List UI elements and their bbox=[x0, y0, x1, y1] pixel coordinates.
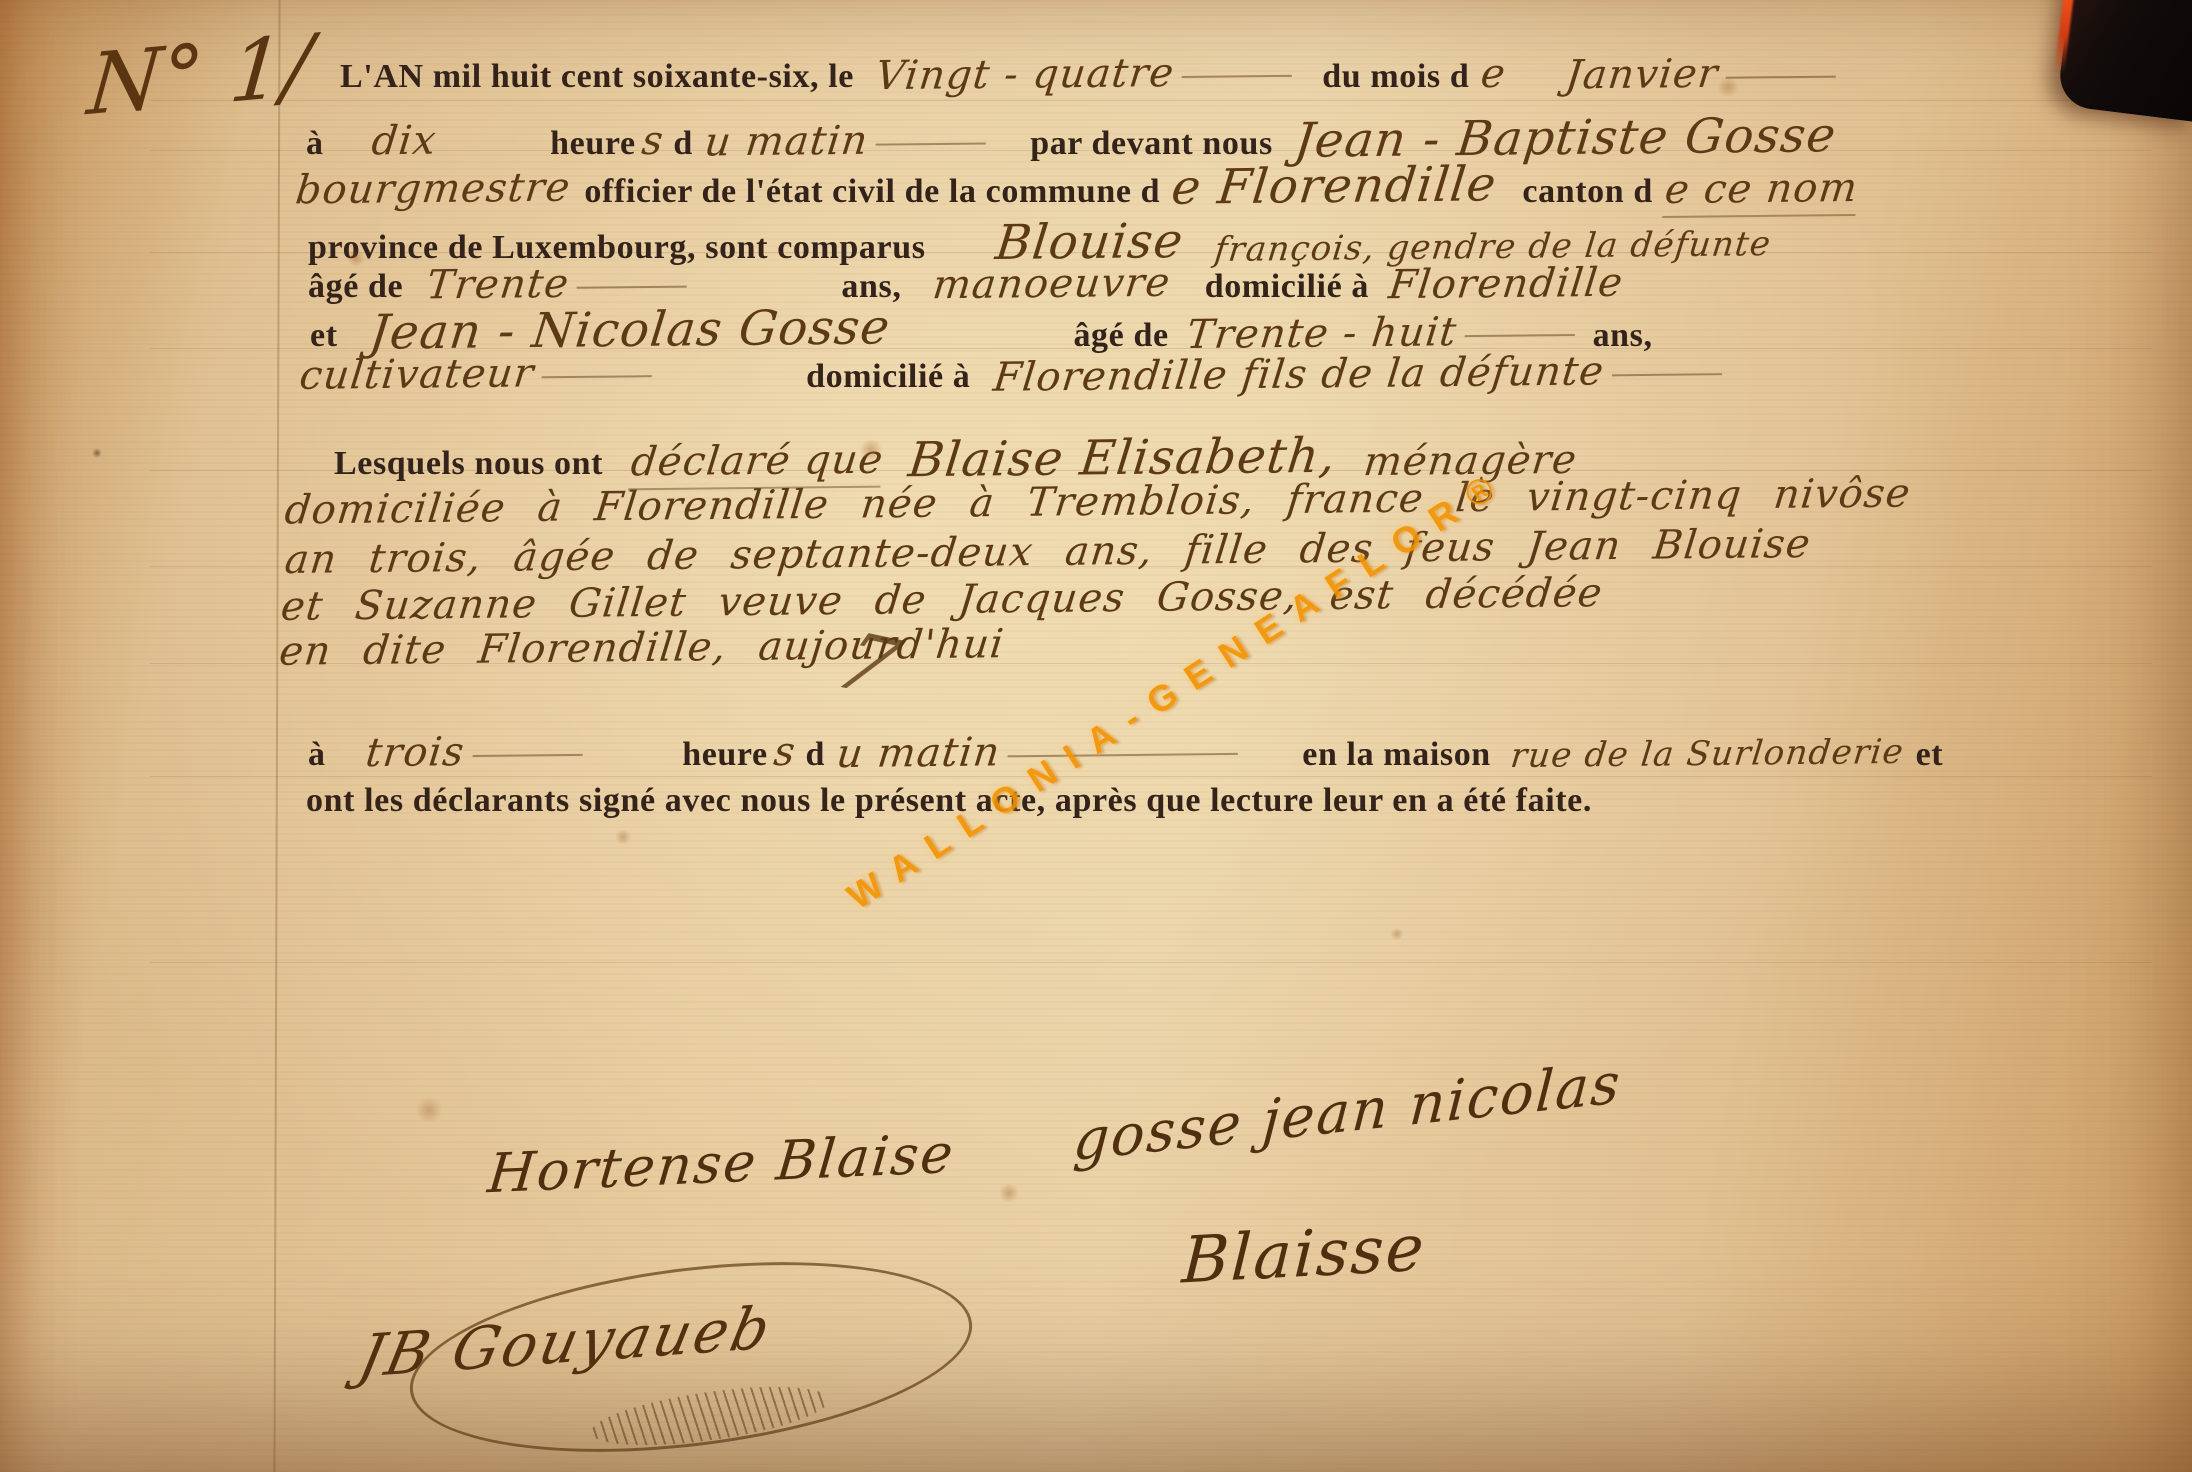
stain bbox=[414, 1098, 444, 1122]
handwritten-entry: manoeuvre bbox=[931, 261, 1174, 308]
printed-text: à bbox=[308, 736, 326, 773]
printed-text: âgé de bbox=[1073, 317, 1168, 354]
ruled-line bbox=[150, 100, 2152, 101]
handwritten-entry: Florendille fils de la défunte bbox=[991, 348, 1725, 400]
scanner-clip bbox=[2056, 0, 2192, 122]
act-line: domiciliée à Florendille née à Tremblois… bbox=[286, 480, 1910, 525]
printed-text: Lesquels nous ont bbox=[334, 445, 603, 482]
printed-text: domicilié à bbox=[806, 358, 970, 395]
ruled-line bbox=[150, 962, 2152, 963]
stain bbox=[614, 830, 632, 844]
printed-text: par devant nous bbox=[1030, 125, 1273, 162]
act-line: L'AN mil huit cent soixante-six, le Ving… bbox=[340, 52, 1836, 97]
printed-text: et bbox=[310, 317, 338, 354]
signature-officer-flourish: JB Gouyaueb bbox=[290, 1250, 990, 1470]
printed-text: officier de l'état civil de la commune d bbox=[584, 173, 1160, 210]
act-line: et Suzanne Gillet veuve de Jacques Gosse… bbox=[282, 578, 1602, 623]
printed-text: en la maison bbox=[1302, 736, 1491, 773]
printed-text: du mois d bbox=[1322, 58, 1469, 95]
printed-text: âgé de bbox=[308, 268, 403, 305]
act-line: cultivateur domicilié à Florendille fils… bbox=[300, 352, 1722, 397]
printed-text: canton d bbox=[1522, 173, 1652, 210]
handwritten-entry: Janvier bbox=[1564, 51, 1840, 99]
act-line: âgé de Trente ans, manoeuvre domicilié à… bbox=[308, 262, 1623, 307]
printed-text: heure bbox=[550, 125, 635, 162]
handwritten-entry: bourgmestre bbox=[293, 166, 573, 214]
printed-text: d bbox=[673, 125, 693, 162]
act-line: ont les déclarants signé avec nous le pr… bbox=[306, 782, 1592, 820]
printed-text: L'AN mil huit cent soixante-six, le bbox=[340, 58, 854, 95]
stain bbox=[92, 448, 102, 458]
handwritten-entry: cultivateur bbox=[297, 350, 655, 398]
signature-declarant-blaisse: Blaisse bbox=[1180, 1211, 1427, 1298]
act-line: an trois, âgée de septante-deux ans, fil… bbox=[286, 530, 1810, 575]
handwritten-entry: rue de la Surlonderie bbox=[1508, 733, 1906, 775]
printed-text: ont les déclarants signé avec nous le pr… bbox=[306, 782, 1592, 819]
stain bbox=[1390, 928, 1404, 940]
handwritten-entry: e bbox=[1479, 52, 1509, 97]
stain bbox=[998, 1184, 1020, 1202]
handwritten-entry: u matin bbox=[702, 118, 989, 166]
handwritten-entry: e Florendille bbox=[1169, 158, 1500, 215]
act-line: à dix heure s d u matin par devant nous … bbox=[306, 112, 1836, 166]
printed-text: d bbox=[805, 736, 825, 773]
death-record-page: N° 1/ L'AN mil huit cent soixante-six, l… bbox=[0, 0, 2192, 1472]
act-line: à trois heure s d u matin en la maison r… bbox=[308, 730, 1943, 775]
ruled-line bbox=[150, 776, 2152, 777]
act-number: N° 1/ bbox=[84, 16, 316, 135]
printed-text: domicilié à bbox=[1205, 268, 1369, 305]
printed-text: à bbox=[306, 125, 324, 162]
handwritten-entry: e ce nom bbox=[1662, 166, 1860, 218]
printed-text: et bbox=[1916, 736, 1944, 773]
handwritten-entry: Vingt - quatre bbox=[873, 50, 1295, 99]
handwritten-entry: trois bbox=[363, 729, 585, 776]
handwritten-entry: Florendille bbox=[1386, 261, 1625, 308]
printed-text: heure bbox=[682, 736, 767, 773]
handwritten-entry: u matin bbox=[834, 728, 1241, 777]
signature-declarant-hortense-blaise: Hortense Blaise bbox=[485, 1122, 957, 1206]
signature-declarant-gosse-jean-nicolas: gosse jean nicolas bbox=[1071, 1051, 1623, 1174]
fold-line bbox=[273, 0, 280, 1472]
act-line: bourgmestre officier de l'état civil de … bbox=[296, 160, 1857, 217]
handwritten-entry: dix bbox=[369, 119, 439, 164]
handwritten-entry: s bbox=[771, 730, 798, 775]
handwritten-entry: s bbox=[639, 119, 666, 164]
